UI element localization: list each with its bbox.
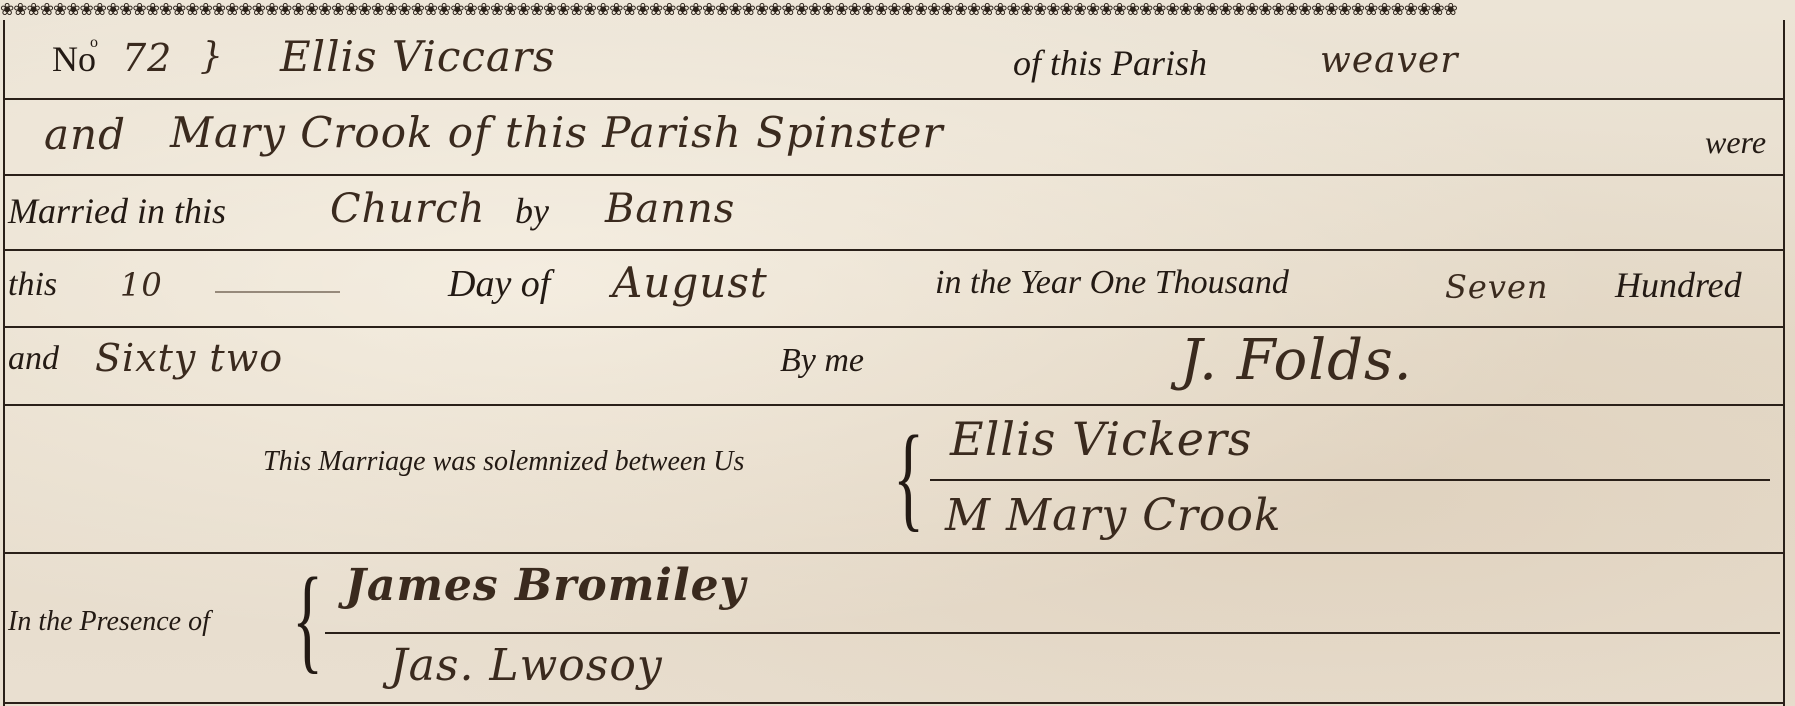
witness-1-signature: James Bromiley [345,560,746,611]
entry-number: 72 [122,36,172,80]
day-value: 10 [120,266,163,304]
bride-signature: M Mary Crook [945,490,1282,541]
groom-of-label: of this Parish [1013,42,1207,84]
rule-3 [3,249,1783,251]
signature-divider [930,479,1770,481]
and-year-label: and [8,340,59,378]
ornamental-border: ❀❀❀❀❀❀❀❀❀❀❀❀❀❀❀❀❀❀❀❀❀❀❀❀❀❀❀❀❀❀❀❀❀❀❀❀❀❀❀❀… [0,0,1790,20]
rule-1 [3,98,1783,100]
rule-5 [3,404,1783,406]
rule-6 [3,552,1783,554]
bride-line-and: and [44,110,126,159]
groom-occupation: weaver [1320,40,1458,81]
by-me-label: By me [780,342,864,380]
were-label: were [1705,124,1766,161]
presence-label: In the Presence of [8,606,210,638]
right-border [1783,20,1785,706]
rule-2 [3,174,1783,176]
place: Church [330,186,485,232]
month-value: August [612,258,768,307]
rule-bottom [3,702,1783,704]
married-label: Married in this [8,190,226,232]
by-label: by [515,190,549,232]
witness-2-signature: Jas. Lwosoy [390,640,663,691]
bride-line: Mary Crook of this Parish Spinster [170,108,944,157]
rule-4 [3,326,1783,328]
signature-brace: { [893,418,924,536]
day-filler-dash [215,291,340,293]
year-hand-value: Seven [1445,268,1548,306]
year-label: in the Year One Thousand [935,264,1289,302]
witness-brace: { [292,560,323,678]
solemnized-label: This Marriage was solemnized between Us [263,446,744,478]
groom-signature: Ellis Vickers [950,412,1253,466]
groom-name: Ellis Viccars [280,32,556,81]
year-tail: Sixty two [95,336,283,380]
witness-divider [325,632,1780,634]
hundred-label: Hundred [1615,264,1742,306]
small-brace: } [200,36,224,77]
method: Banns [605,186,735,232]
day-of-label: Day of [448,262,550,306]
left-border [3,20,5,706]
this-label: this [8,266,57,304]
number-label-superscript: o [90,34,98,52]
officiant-signature: J. Folds. [1180,328,1413,393]
register-page: ❀❀❀❀❀❀❀❀❀❀❀❀❀❀❀❀❀❀❀❀❀❀❀❀❀❀❀❀❀❀❀❀❀❀❀❀❀❀❀❀… [0,0,1795,706]
